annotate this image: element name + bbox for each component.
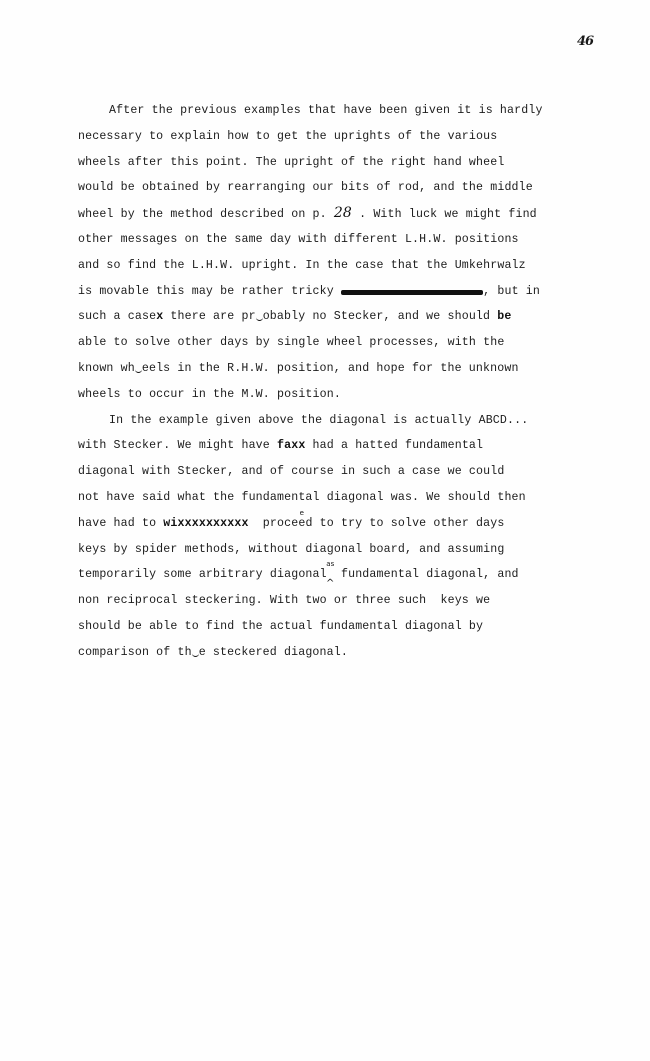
text-line: temporarily some arbitrary diagonalas^ f… (78, 562, 618, 588)
typed-over-text: x (156, 310, 163, 323)
inserted-letter: e (300, 501, 304, 527)
text-line: keys by spider methods, without diagonal… (78, 537, 618, 563)
text-line: necessary to explain how to get the upri… (78, 124, 618, 150)
text-line: wheel by the method described on p. 28 .… (78, 201, 618, 227)
text-line: non reciprocal steckering. With two or t… (78, 588, 618, 614)
close-up-mark-icon (135, 367, 142, 373)
text-line: have had to wixxxxxxxxxx proceeed to try… (78, 511, 618, 537)
text-line: After the previous examples that have be… (78, 98, 618, 124)
body-text: After the previous examples that have be… (78, 98, 618, 666)
typed-over-text: wixxxxxxxxxx (163, 517, 248, 530)
text-line: and so find the L.H.W. upright. In the c… (78, 253, 618, 279)
caret-icon: ^ (326, 571, 335, 597)
typed-over-text: faxx (277, 439, 305, 452)
struck-through-text: (see next paragraph) (341, 279, 483, 305)
text-line: should be able to find the actual fundam… (78, 614, 618, 640)
insertion-mark: ee (298, 511, 305, 537)
close-up-mark-icon (192, 651, 199, 657)
typescript-page: 46 After the previous examples that have… (0, 0, 650, 1061)
text-line: would be obtained by rearranging our bit… (78, 175, 618, 201)
text-line: able to solve other days by single wheel… (78, 330, 618, 356)
text-line: In the example given above the diagonal … (78, 408, 618, 434)
text-line: wheels to occur in the M.W. position. (78, 382, 618, 408)
text-line: is movable this may be rather tricky (se… (78, 279, 618, 305)
text-line: diagonal with Stecker, and of course in … (78, 459, 618, 485)
text-line: known wheels in the R.H.W. position, and… (78, 356, 618, 382)
text-line: wheels after this point. The upright of … (78, 150, 618, 176)
text-line: other messages on the same day with diff… (78, 227, 618, 253)
insertion-mark: as^ (327, 562, 334, 588)
text-line: such a casex there are probably no Steck… (78, 304, 618, 330)
text-line: not have said what the fundamental diago… (78, 485, 618, 511)
text-line: with Stecker. We might have faxx had a h… (78, 433, 618, 459)
page-number: 46 (577, 34, 593, 49)
handwritten-page-ref: 28 (334, 205, 352, 221)
overtyped-word: be (497, 310, 511, 323)
text-line: comparison of the steckered diagonal. (78, 640, 618, 666)
close-up-mark-icon (256, 315, 263, 321)
